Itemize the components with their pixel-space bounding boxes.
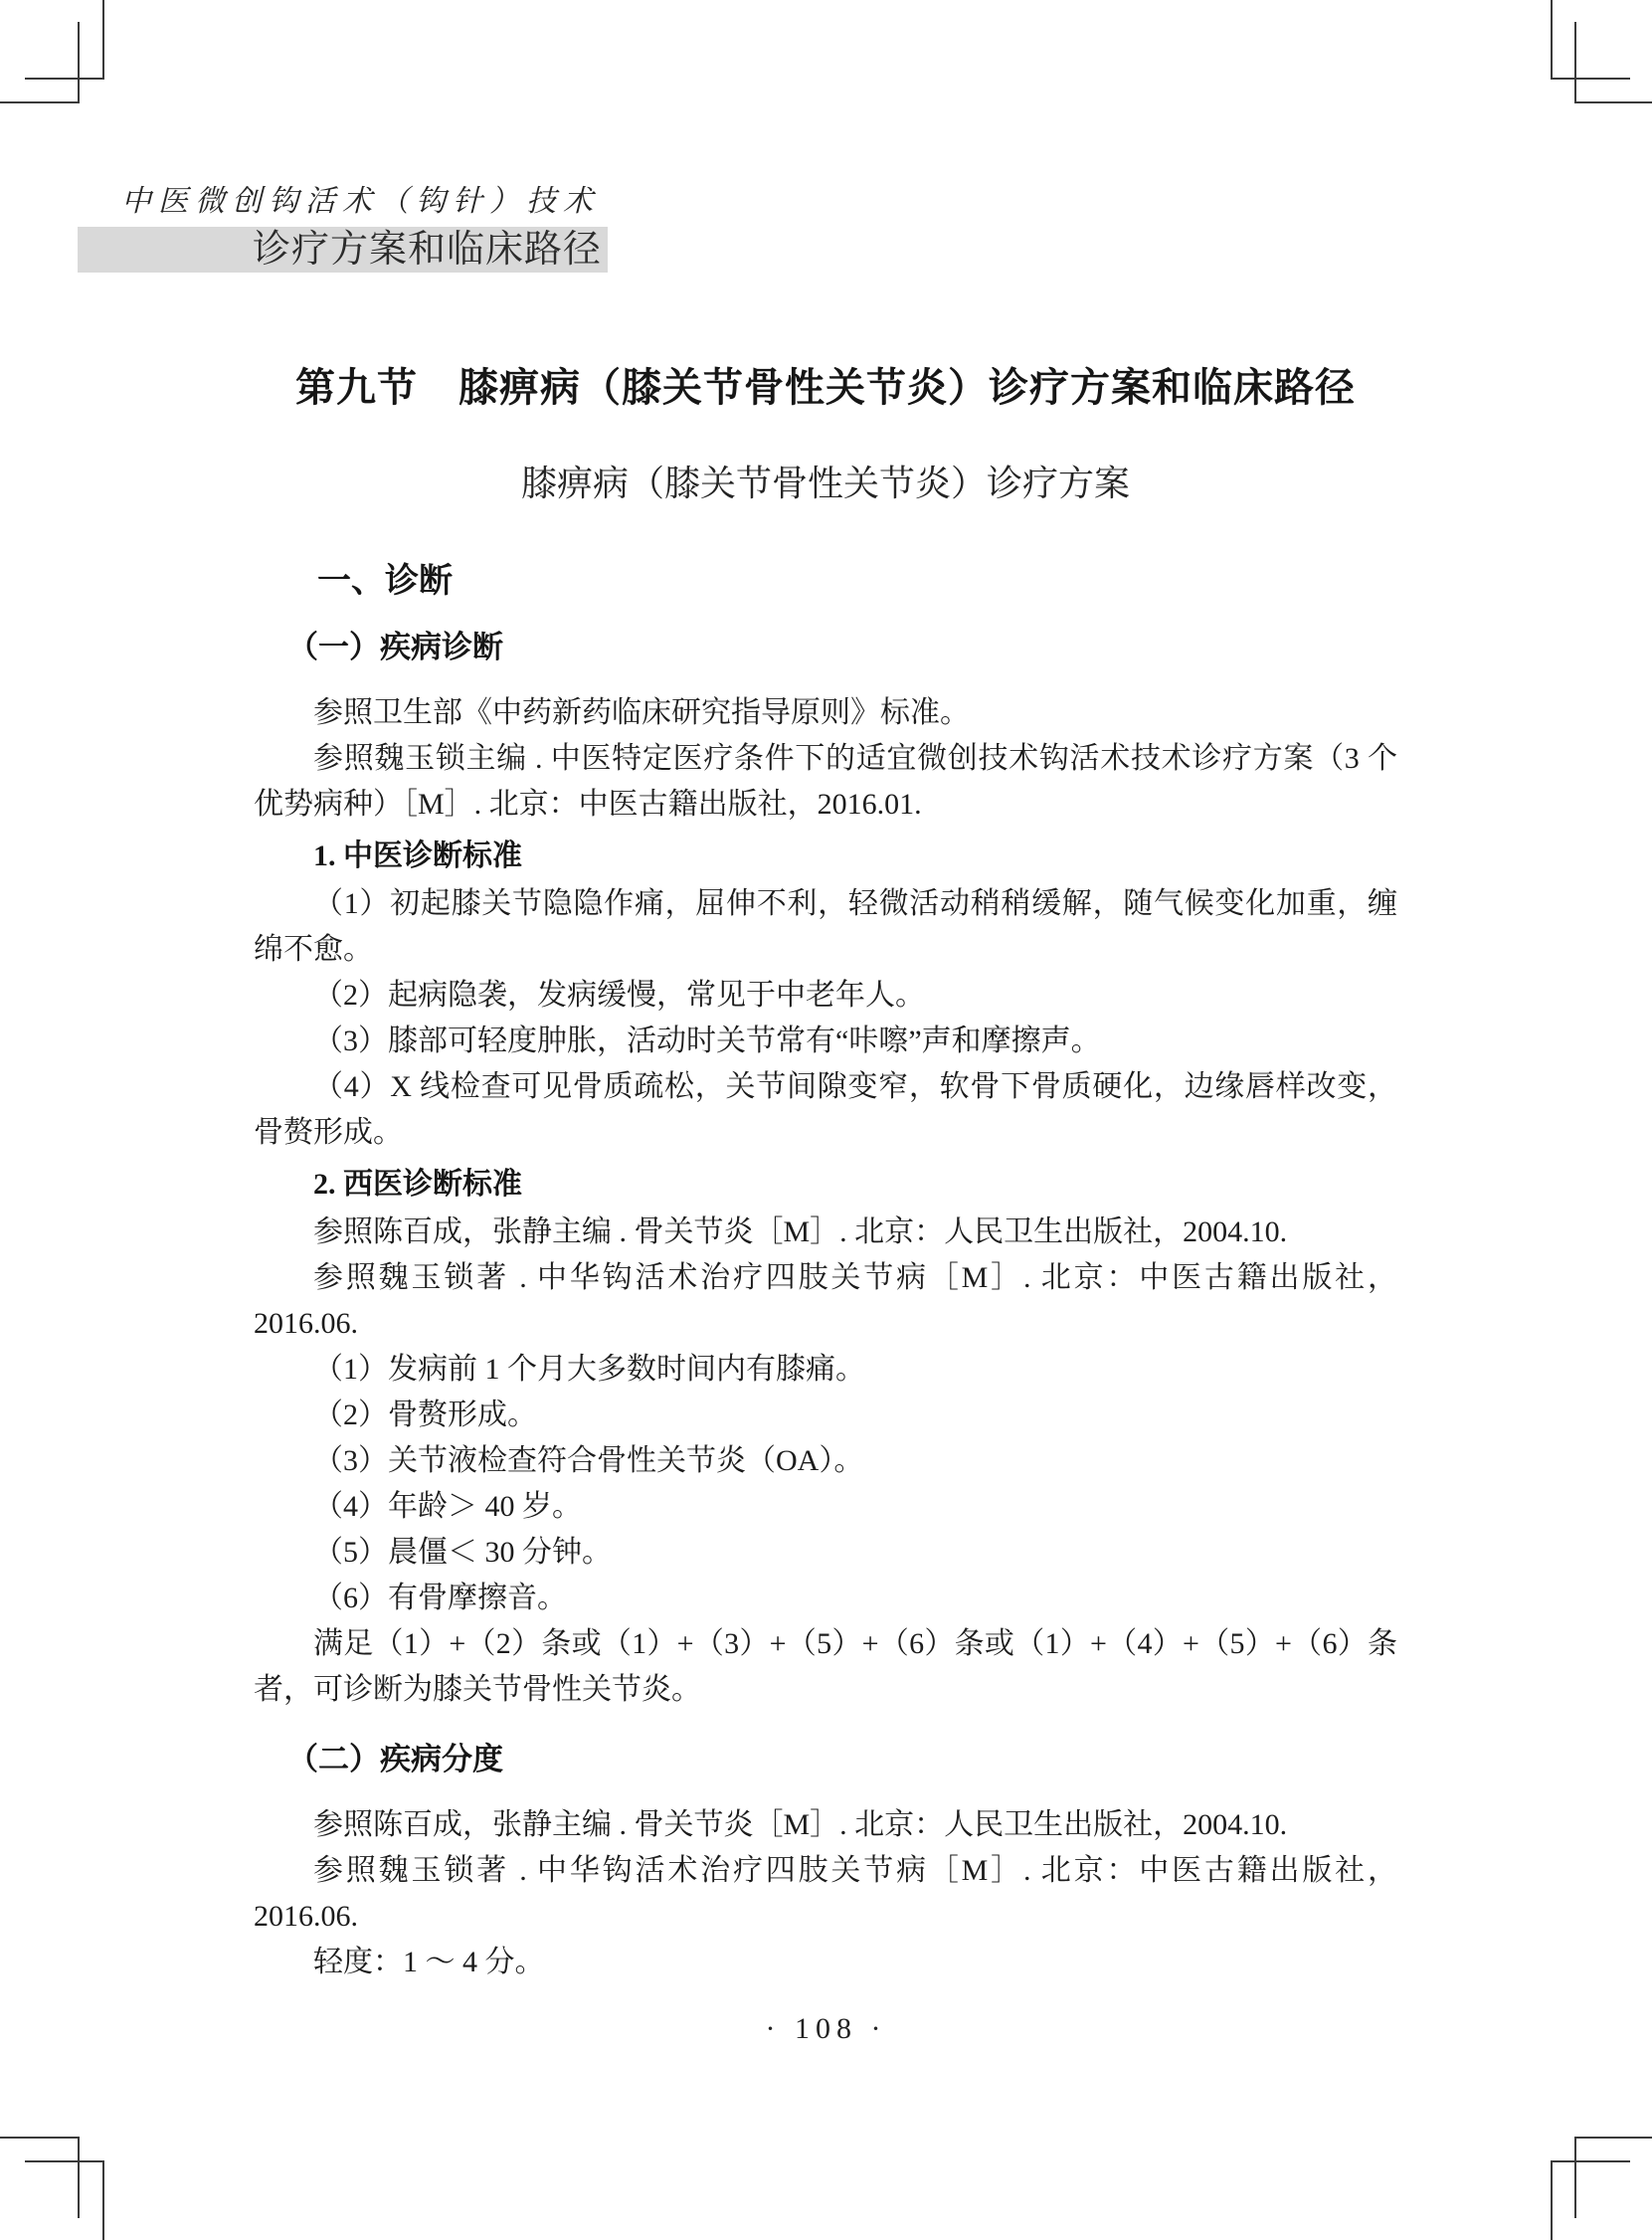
document-page: 中医微创钩活术（钩针）技术 诊疗方案和临床路径 第九节 膝痹病（膝关节骨性关节炎… xyxy=(0,0,1652,2240)
list-item: （3）膝部可轻度肿胀，活动时关节常有“咔嚓”声和摩擦声。 xyxy=(254,1019,1397,1064)
paragraph: 参照魏玉锁著 . 中华钩活术治疗四肢关节病［M］. 北京：中医古籍出版社，201… xyxy=(254,1848,1397,1940)
list-item: （2）骨赘形成。 xyxy=(254,1393,1397,1438)
chapter-title: 第九节 膝痹病（膝关节骨性关节炎）诊疗方案和临床路径 xyxy=(254,362,1397,414)
crop-mark-bottom-right-inner xyxy=(1574,2137,1652,2218)
paragraph: 参照卫生部《中药新药临床研究指导原则》标准。 xyxy=(254,690,1397,736)
section-heading-diagnosis: 一、诊断 xyxy=(317,561,1397,601)
list-item: （4）年龄＞ 40 岁。 xyxy=(254,1484,1397,1530)
numbered-heading-western-criteria: 2. 西医诊断标准 xyxy=(254,1162,1397,1208)
list-item: （1）发病前 1 个月大多数时间内有膝痛。 xyxy=(254,1347,1397,1393)
text-column: 第九节 膝痹病（膝关节骨性关节炎）诊疗方案和临床路径 膝痹病（膝关节骨性关节炎）… xyxy=(254,334,1397,1985)
list-item: （6）有骨摩擦音。 xyxy=(254,1576,1397,1621)
paragraph: 参照陈百成，张静主编 . 骨关节炎［M］. 北京：人民卫生出版社，2004.10… xyxy=(254,1802,1397,1848)
paragraph: 满足（1）+（2）条或（1）+（3）+（5）+（6）条或（1）+（4）+（5）+… xyxy=(254,1621,1397,1713)
list-item: （4）X 线检查可见骨质疏松，关节间隙变窄，软骨下骨质硬化，边缘唇样改变，骨赘形… xyxy=(254,1064,1397,1156)
list-item: （5）晨僵＜ 30 分钟。 xyxy=(254,1530,1397,1576)
numbered-heading-tcm-criteria: 1. 中医诊断标准 xyxy=(254,834,1397,879)
list-item: （1）初起膝关节隐隐作痛，屈伸不利，轻微活动稍稍缓解，随气候变化加重，缠绵不愈。 xyxy=(254,881,1397,973)
list-item: （3）关节液检查符合骨性关节炎（OA）。 xyxy=(254,1438,1397,1484)
running-head-band-title: 诊疗方案和临床路径 xyxy=(253,227,608,273)
paragraph: 参照陈百成，张静主编 . 骨关节炎［M］. 北京：人民卫生出版社，2004.10… xyxy=(254,1210,1397,1255)
list-item: （2）起病隐袭，发病缓慢，常见于中老年人。 xyxy=(254,973,1397,1019)
subsection-heading-disease-grading: （二）疾病分度 xyxy=(287,1741,1397,1778)
crop-mark-top-right-inner xyxy=(1574,22,1652,103)
page-number: · 108 · xyxy=(0,2011,1652,2047)
crop-mark-bottom-left-inner xyxy=(0,2137,80,2218)
crop-mark-top-left-inner xyxy=(0,22,80,103)
subsection-heading-disease-diagnosis: （一）疾病诊断 xyxy=(287,629,1397,666)
running-head-band: 诊疗方案和临床路径 xyxy=(78,227,608,273)
document-subtitle: 膝痹病（膝关节骨性关节炎）诊疗方案 xyxy=(254,462,1397,505)
running-head-book-title: 中医微创钩活术（钩针）技术 xyxy=(78,185,600,219)
paragraph: 轻度：1 ～ 4 分。 xyxy=(254,1940,1397,1985)
paragraph: 参照魏玉锁主编 . 中医特定医疗条件下的适宜微创技术钩活术技术诊疗方案（3 个优… xyxy=(254,736,1397,828)
paragraph: 参照魏玉锁著 . 中华钩活术治疗四肢关节病［M］. 北京：中医古籍出版社，201… xyxy=(254,1255,1397,1347)
